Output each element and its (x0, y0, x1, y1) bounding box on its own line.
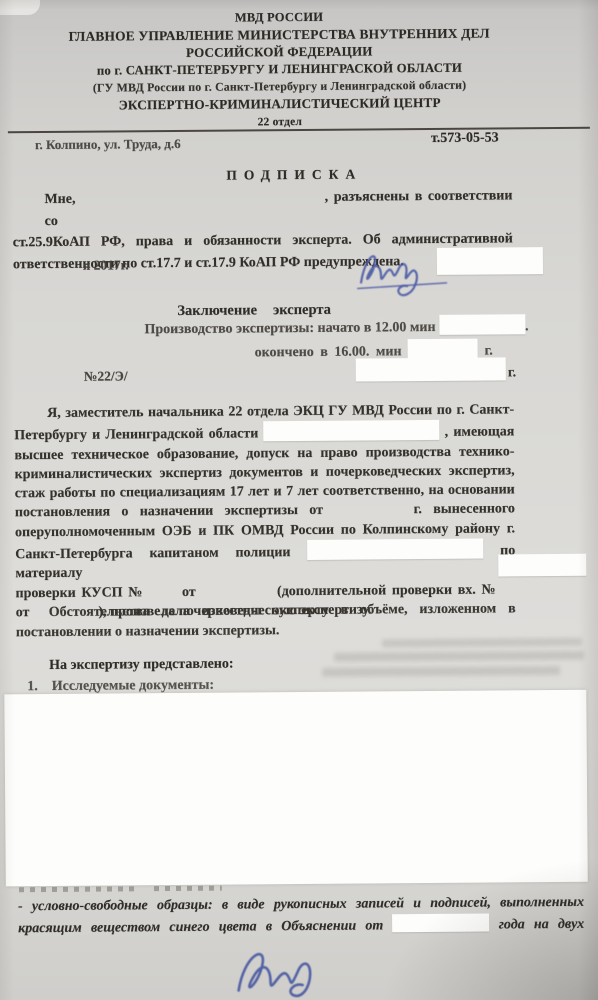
redacted-date-gap (334, 513, 402, 515)
redaction-box (498, 554, 586, 577)
letterhead: МВД РОССИИ ГЛАВНОЕ УПРАВЛЕНИЕ МИНИСТЕРСТ… (0, 8, 562, 130)
expertise-start-suffix: . (525, 319, 529, 334)
expertise-start-line: Производство экспертизы: начато в 12.00 … (144, 314, 528, 338)
redaction-box (392, 914, 489, 933)
redacted-date-gap (201, 594, 271, 596)
redaction-box (356, 357, 506, 381)
header-line-expert-center: ЭКСПЕРТНО-КРИМИНАЛИСТИЧЕСКИЙ ЦЕНТР (0, 94, 562, 114)
expert-line2-end: , имеющая (445, 425, 515, 441)
address-text: г. Колпино, ул. Труда, д.6 (35, 136, 181, 153)
redaction-box (263, 420, 439, 441)
expert-paragraph: Я, заместитель начальника 22 отдела ЭКЦ … (14, 400, 516, 622)
clipped-text-fragment (154, 886, 222, 892)
expert-line2-start: Петербургу и Ленинградской области (14, 427, 258, 444)
expert-line8-start: Санкт-Петербурга капитаном полиции (15, 545, 290, 562)
expert-line9-ot: от (182, 584, 196, 599)
expert-paragraph-line-8: Санкт-Петербурга капитаном полиции по ма… (15, 538, 515, 584)
bleed-through-text (322, 666, 560, 677)
date-fragment: я 2017г. (83, 257, 129, 273)
samples-line2-end: года на двух (499, 917, 585, 933)
header-line-region: по г. САНКТ-ПЕТЕРБУРГУ И ЛЕНИНГРАСКОЙ ОБ… (0, 60, 561, 79)
item-number: 1. (27, 679, 38, 694)
signature-handwriting (347, 235, 460, 305)
redaction-box (439, 314, 525, 335)
redaction-box (408, 339, 478, 360)
item-text: Исследуемые документы: (52, 678, 214, 694)
phone-number: т.573-05-53 (431, 130, 499, 147)
circumstances-line-1: Обстоятельства дела известны эксперту в … (16, 599, 516, 622)
expert-line6-start: постановления о назначении экспертизы от (15, 503, 323, 520)
case-number-suffix: г. (508, 365, 516, 381)
redacted-name-gap (81, 200, 319, 203)
expert-line9-additional: (дополнительной проверки вх. № (277, 582, 496, 599)
bleed-through-text (334, 651, 584, 662)
podpiska-line1-start: Мне, (44, 192, 75, 207)
header-line-gu-mvd: (ГУ МВД России по г. Санкт-Петербургу и … (0, 77, 562, 96)
podpiska-line-1: Мне, , разъяснены в соответствии со (12, 185, 512, 232)
redacted-number-gap (150, 595, 176, 596)
case-number: №22/Э/ (84, 368, 128, 384)
podpiska-title: ПОДПИСКА (0, 165, 590, 186)
presented-heading: На экспертизу представлено: (49, 657, 234, 674)
bleed-through-text (382, 638, 582, 648)
expert-line9-kusp: проверки КУСП № (15, 585, 144, 601)
samples-line-2: красящим веществом синего цвета в Объясн… (18, 913, 584, 939)
expertise-end-suffix: г. (484, 343, 492, 358)
samples-lead: - условно-свободные образцы: (18, 898, 213, 915)
header-line-ministry: МВД РОССИИ (0, 8, 561, 27)
redaction-box (307, 539, 483, 560)
samples-line1-rest: в виде рукописных записей и подписей, вы… (222, 895, 584, 913)
samples-paragraph: - условно-свободные образцы: в виде руко… (18, 892, 584, 939)
podpiska-line1-end: , разъяснены в соответствии со (45, 188, 513, 228)
clipped-text-fragment (19, 886, 137, 892)
redaction-box-large (4, 690, 587, 887)
scanned-document-page: МВД РОССИИ ГЛАВНОЕ УПРАВЛЕНИЕ МИНИСТЕРСТ… (0, 0, 598, 1000)
expertise-start-text: Производство экспертизы: начато в 12.00 … (144, 320, 435, 337)
header-line-federation: РОССИЙСКОЙ ФЕДЕРАЦИИ (0, 42, 561, 62)
circumstances-paragraph: Обстоятельства дела известны эксперту в … (16, 599, 516, 642)
signature-handwriting (222, 938, 348, 1000)
samples-line2-start: красящим веществом синего цвета в Объясн… (18, 918, 383, 936)
expert-line6-end: г. вынесенного (414, 502, 515, 518)
